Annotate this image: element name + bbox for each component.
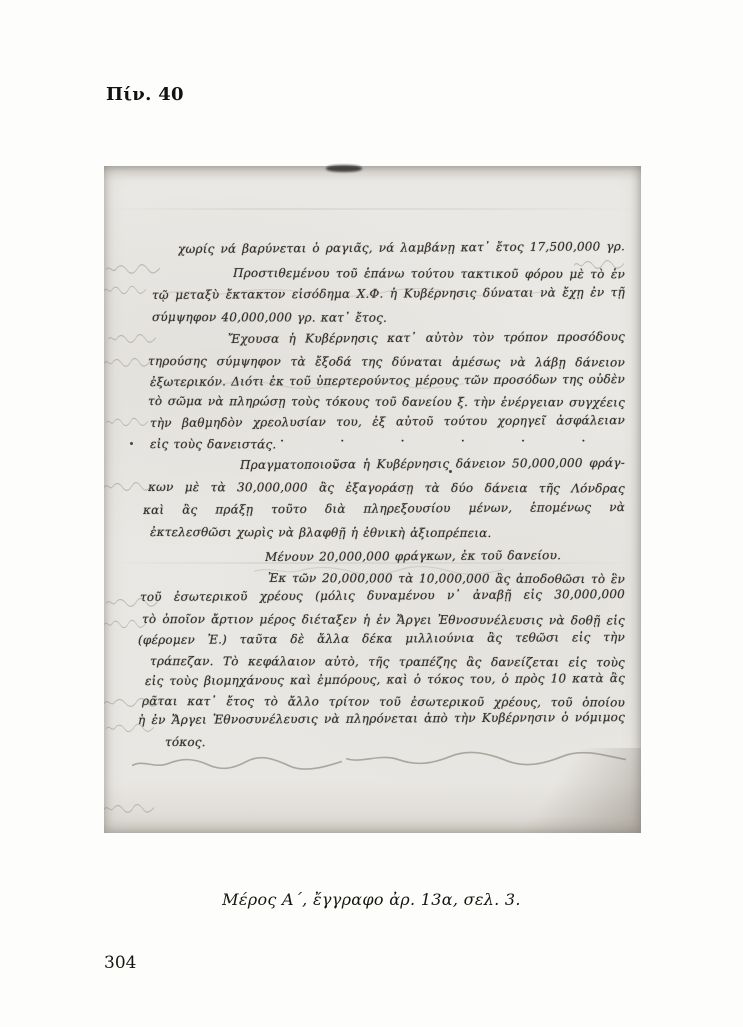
bleedthrough-mark <box>108 332 156 345</box>
paper-crease <box>104 208 641 210</box>
ink-dot <box>130 442 133 445</box>
bleedthrough-mark <box>104 480 152 493</box>
bleedthrough-mark <box>254 564 504 577</box>
manuscript-scan: χωρίς νά βαρύνεται ὁ ραγιᾶς, νά λαμβάνῃ … <box>104 166 641 833</box>
manuscript-line: χωρίς νά βαρύνεται ὁ ραγιᾶς, νά λαμβάνῃ … <box>178 237 625 259</box>
bleedthrough-mark <box>106 596 158 609</box>
top-edge-smudge <box>326 165 362 172</box>
manuscript-line: σύμψηφον 40,000,000 γρ. κατ᾽ ἔτος. <box>152 308 387 328</box>
bleedthrough-mark <box>106 262 160 276</box>
bleedthrough-mark <box>164 378 464 391</box>
manuscript-line: τὸ σῶμα νὰ πληρώσῃ τοὺς τόκους τοῦ δανεί… <box>148 392 625 412</box>
plate-label: Πίν. 40 <box>106 84 184 105</box>
ink-dot <box>449 470 452 473</box>
manuscript-line: Πραγματοποιοῦσα ἡ Κυβέρνησις δάνειον 50,… <box>240 454 625 475</box>
manuscript-line: ἐκτελεσθῶσι χωρὶς νὰ βλαφθῇ ἡ ἐθνικὴ ἀξι… <box>150 523 492 543</box>
manuscript-line: (φέρομεν Ἐ.) ταῦτα δὲ ἄλλα δέκα μιλλιούν… <box>138 628 625 651</box>
manuscript-line: τόκος. <box>165 733 206 752</box>
manuscript-line: εἰς τοὺς βιομηχάνους καὶ ἐμπόρους, καὶ ὁ… <box>145 669 625 692</box>
bleedthrough-mark <box>104 618 146 630</box>
manuscript-line: τὴν βαθμηδὸν χρεολυσίαν του, ἐξ αὐτοῦ το… <box>150 411 625 433</box>
manuscript-line: καὶ ἂς πράξῃ τοῦτο διὰ πληρεξουσίου μένω… <box>143 498 625 521</box>
figure-caption: Μέρος Α΄, ἔγγραφο ἀρ. 13α, σελ. 3. <box>0 890 743 909</box>
bleedthrough-mark <box>104 802 154 815</box>
bleedthrough-mark <box>104 356 150 369</box>
manuscript-line: Ἔχουσα ἡ Κυβέρνησις κατ᾽ αὐτὸν τὸν τρόπο… <box>228 328 625 350</box>
manuscript-line: κων μὲ τὰ 30,000,000 ἂς ἐξαγοράσῃ τὰ δύο… <box>148 478 625 498</box>
bleedthrough-line <box>346 751 626 766</box>
page-number: 304 <box>104 953 136 973</box>
manuscript-line: Προστιθεμένου τοῦ ἐπάνω τούτου τακτικοῦ … <box>233 264 625 284</box>
manuscript-line: ἡ ἐν Ἄργει Ἐθνοσυνέλευσις νὰ πληρόνεται … <box>138 708 625 731</box>
bleedthrough-mark <box>106 722 154 734</box>
bleedthrough-mark <box>574 258 624 271</box>
book-page: Πίν. 40 χωρίς νά βαρύνεται ὁ ραγιᾶς, νά … <box>0 0 743 1027</box>
manuscript-line: τοῦ ἐσωτερικοῦ χρέους (μόλις δυναμένου ν… <box>140 585 625 608</box>
ink-dot <box>334 466 337 469</box>
manuscript-line: εἰς τοὺς δανειστάς. <box>150 435 276 454</box>
bleedthrough-line <box>132 756 342 771</box>
ink-dots-row: · · · · · · <box>280 434 585 449</box>
bleedthrough-mark <box>164 286 544 299</box>
bleedthrough-mark <box>106 416 148 428</box>
bleedthrough-mark <box>104 696 160 709</box>
bleedthrough-mark <box>104 284 146 296</box>
manuscript-line: τηρούσης σύμψηφον τὰ ἔξοδά της δύναται ἀ… <box>148 352 625 372</box>
